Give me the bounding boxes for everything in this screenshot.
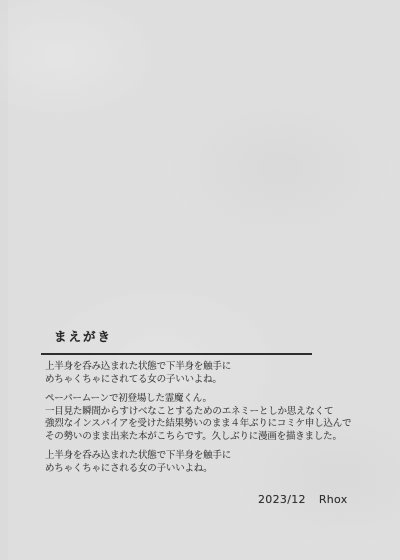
preface-page: まえがき 上半身を呑み込まれた状態で下半身を触手に めちゃくちゃにされてる女の子… <box>0 0 400 560</box>
preface-heading: まえがき <box>54 327 112 345</box>
paragraph-1: 上半身を呑み込まれた状態で下半身を触手に めちゃくちゃにされてる女の子いいよね。 <box>45 361 231 386</box>
text-line: 一目見た瞬間からすけべなことするためのエネミーとしか思えなくて <box>45 406 351 419</box>
text-line: 上半身を呑み込まれた状態で下半身を触手に <box>45 361 231 374</box>
text-line: めちゃくちゃにされてる女の子いいよね。 <box>45 374 231 387</box>
paragraph-2: ペーパームーンで初登場した霊魔くん。 一目見た瞬間からすけべなことするためのエネ… <box>45 393 351 444</box>
text-line: 上半身を呑み込まれた状態で下半身を触手に <box>45 450 231 463</box>
credit-date: 2023/12 <box>258 493 306 506</box>
heading-underline <box>41 353 312 355</box>
text-line: めちゃくちゃにされる女の子いいよね。 <box>45 463 231 476</box>
text-line: ペーパームーンで初登場した霊魔くん。 <box>45 393 351 406</box>
credit-line: 2023/12Rhox <box>258 493 348 506</box>
paragraph-3: 上半身を呑み込まれた状態で下半身を触手に めちゃくちゃにされる女の子いいよね。 <box>45 450 231 475</box>
credit-author: Rhox <box>319 493 348 506</box>
text-line: その勢いのまま出来た本がこちらです。久しぶりに漫画を描きました。 <box>45 431 351 444</box>
text-line: 強烈なインスパイアを受けた結果勢いのまま４年ぶりにコミケ申し込んで <box>45 418 351 431</box>
